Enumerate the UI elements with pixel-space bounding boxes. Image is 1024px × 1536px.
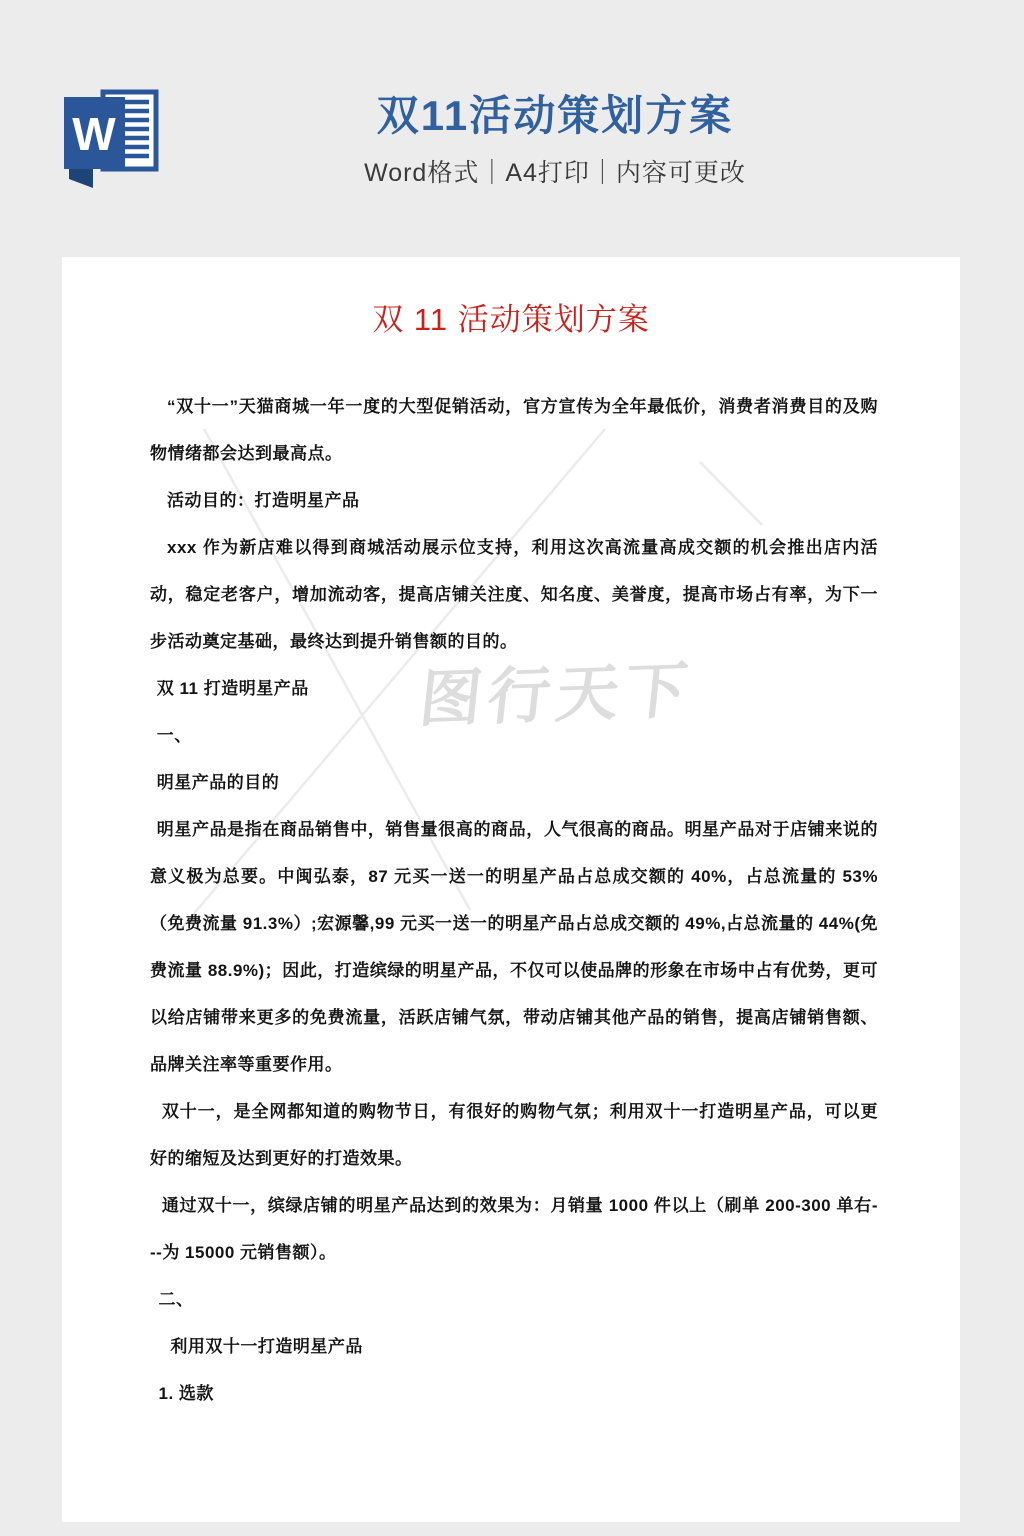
document-paragraph: 1. 选款 — [150, 1370, 878, 1417]
document-paragraph: “双十一”天猫商城一年一度的大型促销活动，官方宣传为全年最低价，消费者消费目的及… — [150, 383, 878, 477]
document-body: “双十一”天猫商城一年一度的大型促销活动，官方宣传为全年最低价，消费者消费目的及… — [62, 383, 960, 1417]
preview-title: 双11活动策划方案 — [86, 92, 1024, 140]
document-paragraph: 二、 — [150, 1276, 878, 1323]
document-paragraph: xxx 作为新店难以得到商城活动展示位支持，利用这次高流量高成交额的机会推出店内… — [150, 524, 878, 665]
preview-canvas: W 双11活动策划方案 Word格式｜A4打印｜内容可更改 图行天下 双 11 … — [0, 0, 1024, 1536]
document-paragraph: 一、 — [150, 712, 878, 759]
document-paragraph: 明星产品的目的 — [150, 759, 878, 806]
document-paragraph: 利用双十一打造明星产品 — [150, 1323, 878, 1370]
document-paragraph: 明星产品是指在商品销售中，销售量很高的商品，人气很高的商品。明星产品对于店铺来说… — [150, 806, 878, 1088]
header-text-block: 双11活动策划方案 Word格式｜A4打印｜内容可更改 — [86, 92, 1024, 189]
document-content: 双 11 活动策划方案 “双十一”天猫商城一年一度的大型促销活动，官方宣传为全年… — [62, 257, 960, 1417]
preview-subtitle: Word格式｜A4打印｜内容可更改 — [86, 153, 1024, 189]
document-paragraph: 双十一，是全网都知道的购物节日，有很好的购物气氛；利用双十一打造明星产品，可以更… — [150, 1088, 878, 1182]
document-paragraph: 通过双十一，缤绿店铺的明星产品达到的效果为：月销量 1000 件以上（刷单 20… — [150, 1182, 878, 1276]
document-paragraph: 活动目的：打造明星产品 — [150, 477, 878, 524]
preview-header: W 双11活动策划方案 Word格式｜A4打印｜内容可更改 — [0, 0, 1024, 235]
document-page: 图行天下 双 11 活动策划方案 “双十一”天猫商城一年一度的大型促销活动，官方… — [62, 257, 960, 1522]
document-paragraph: 双 11 打造明星产品 — [150, 665, 878, 712]
document-title: 双 11 活动策划方案 — [62, 257, 960, 338]
